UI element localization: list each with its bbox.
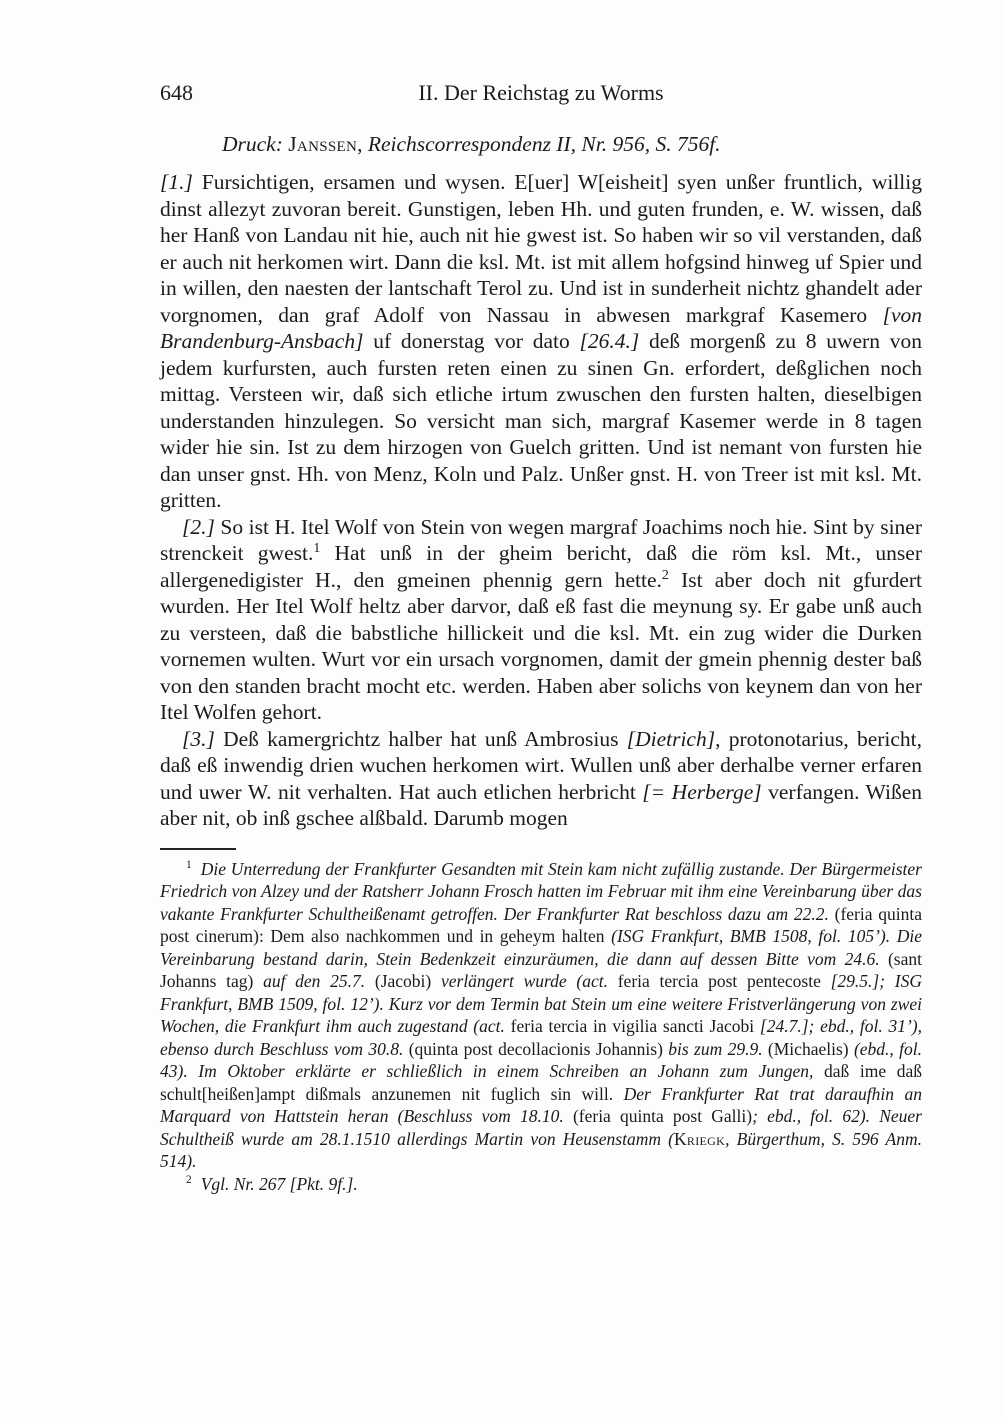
paragraph-1: [1.] Fursichtigen, ersamen und wysen. E[…	[160, 169, 922, 514]
text-block: 648 II. Der Reichstag zu Worms Druck: Ja…	[160, 80, 922, 1195]
body-text: [1.] Fursichtigen, ersamen und wysen. E[…	[160, 169, 922, 832]
print-reference-line: Druck: Janssen, Reichscorrespondenz II, …	[160, 132, 922, 157]
footnote-1: 1Die Unterredung der Frankfurter Gesandt…	[160, 858, 922, 1173]
footnote-2: 2Vgl. Nr. 267 [Pkt. 9f.].	[160, 1173, 922, 1196]
footnote-separator-rule	[160, 848, 236, 850]
footnote-2-text: Vgl. Nr. 267 [Pkt. 9f.].	[201, 1174, 358, 1194]
page-header: 648 II. Der Reichstag zu Worms	[160, 80, 922, 108]
footnote-block: 1Die Unterredung der Frankfurter Gesandt…	[160, 848, 922, 1196]
footnote-1-marker: 1	[186, 859, 192, 871]
book-page: 648 II. Der Reichstag zu Worms Druck: Ja…	[0, 0, 1004, 1418]
footnote-2-marker: 2	[186, 1174, 192, 1186]
running-title: II. Der Reichstag zu Worms	[160, 80, 922, 106]
footnotes: 1Die Unterredung der Frankfurter Gesandt…	[160, 858, 922, 1196]
footnote-1-text: Die Unterredung der Frankfurter Gesandte…	[160, 859, 922, 1172]
paragraph-2: [2.] So ist H. Itel Wolf von Stein von w…	[160, 514, 922, 726]
paragraph-3: [3.] Deß kamergrichtz halber hat unß Amb…	[160, 726, 922, 832]
